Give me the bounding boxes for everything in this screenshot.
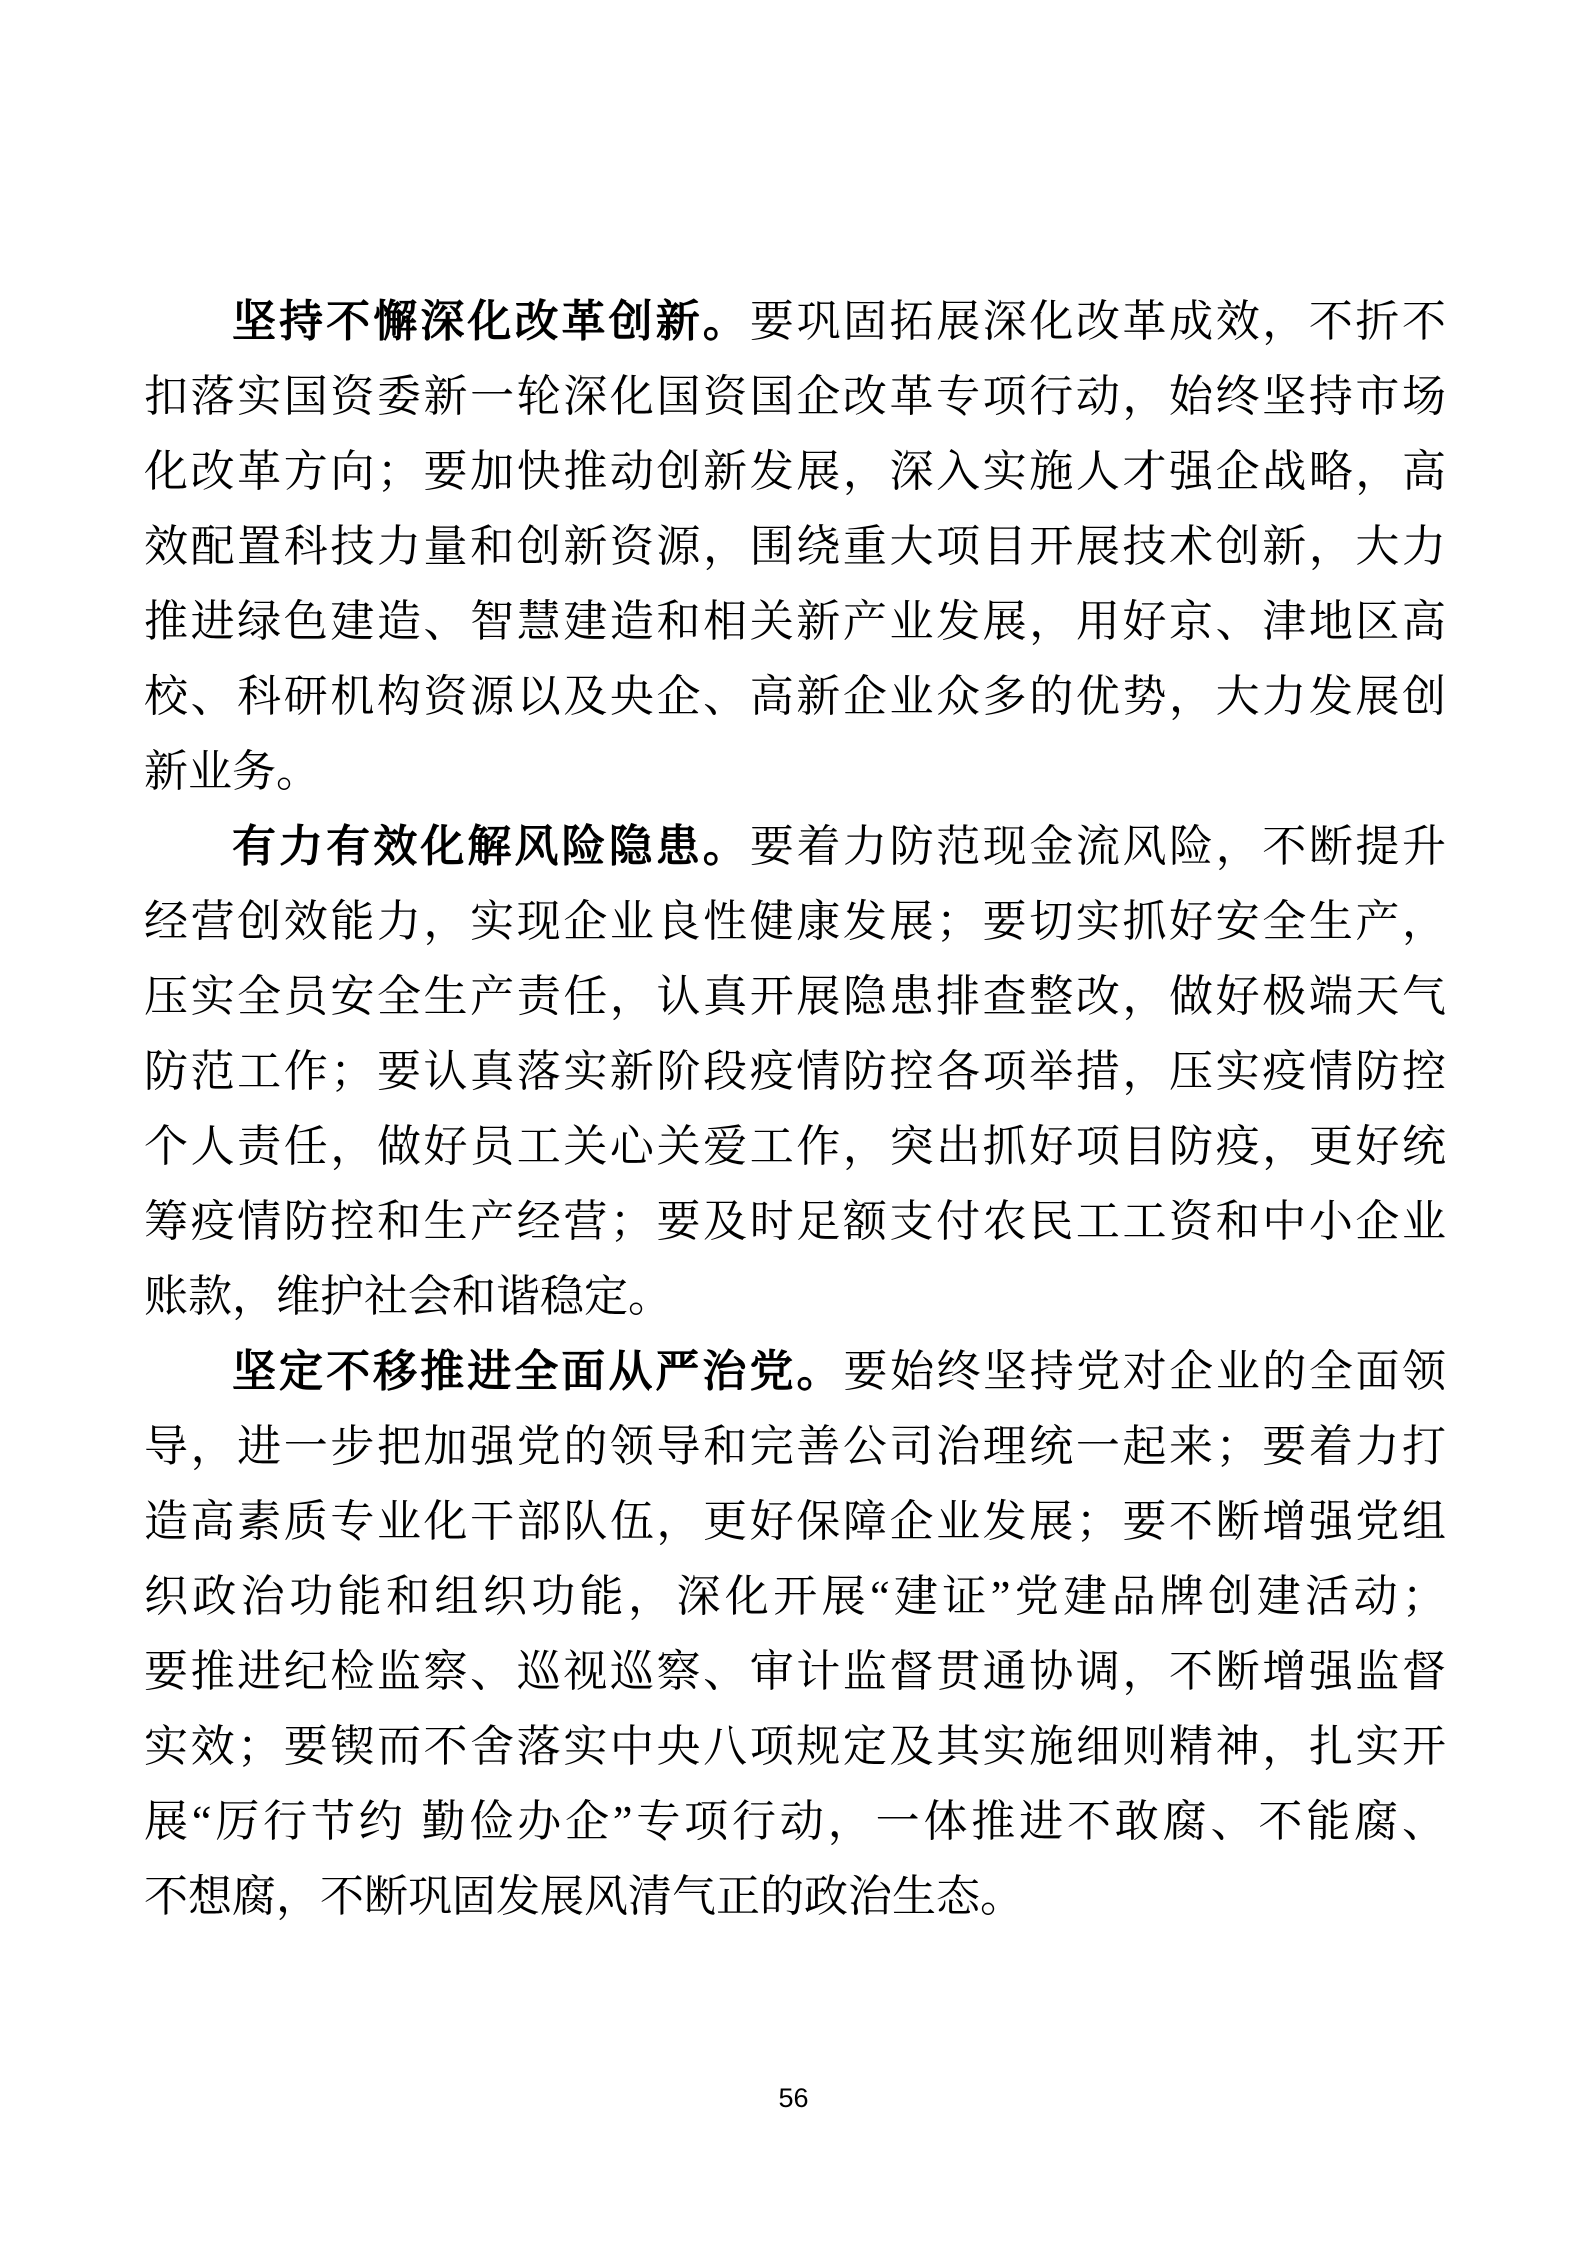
- text-line: 化改革方向；要加快推动创新发展，深入实施人才强企战略，高: [144, 434, 1446, 509]
- paragraph-lead-bold: 坚定不移推进全面从严治党。: [232, 1347, 844, 1396]
- text-line: 推进绿色建造、智慧建造和相关新产业发展，用好京、津地区高: [144, 584, 1446, 659]
- text-line: 筹疫情防控和生产经营；要及时足额支付农民工工资和中小企业: [144, 1184, 1446, 1259]
- line-text: 扣落实国资委新一轮深化国资国企改革专项行动，始终坚持市场: [144, 372, 1446, 421]
- text-line: 坚定不移推进全面从严治党。要始终坚持党对企业的全面领: [144, 1334, 1446, 1409]
- line-text: 效配置科技力量和创新资源，围绕重大项目开展技术创新，大力: [144, 522, 1446, 571]
- line-text: 个人责任，做好员工关心关爱工作，突出抓好项目防疫，更好统: [144, 1122, 1446, 1171]
- line-text: 防范工作；要认真落实新阶段疫情防控各项举措，压实疫情防控: [144, 1047, 1446, 1096]
- line-text: 新业务。: [144, 747, 320, 796]
- text-line: 个人责任，做好员工关心关爱工作，突出抓好项目防疫，更好统: [144, 1109, 1446, 1184]
- text-line: 新业务。: [144, 734, 1446, 809]
- text-line: 不想腐，不断巩固发展风清气正的政治生态。: [144, 1859, 1446, 1934]
- line-text: 要推进纪检监察、巡视巡察、审计监督贯通协调，不断增强监督: [144, 1647, 1446, 1696]
- line-text: 导，进一步把加强党的领导和完善公司治理统一起来；要着力打: [144, 1422, 1446, 1471]
- text-line: 扣落实国资委新一轮深化国资国企改革专项行动，始终坚持市场: [144, 359, 1446, 434]
- text-line: 账款，维护社会和谐稳定。: [144, 1259, 1446, 1334]
- line-text: 要始终坚持党对企业的全面领: [844, 1347, 1446, 1396]
- paragraph-lead-bold: 有力有效化解风险隐患。: [232, 822, 750, 871]
- text-line: 展“厉行节约 勤俭办企”专项行动，一体推进不敢腐、不能腐、: [144, 1784, 1446, 1859]
- text-line: 造高素质专业化干部队伍，更好保障企业发展；要不断增强党组: [144, 1484, 1446, 1559]
- line-text: 展“厉行节约 勤俭办企”专项行动，一体推进不敢腐、不能腐、: [144, 1797, 1446, 1846]
- text-line: 导，进一步把加强党的领导和完善公司治理统一起来；要着力打: [144, 1409, 1446, 1484]
- line-text: 经营创效能力，实现企业良性健康发展；要切实抓好安全生产，: [144, 897, 1446, 946]
- text-line: 防范工作；要认真落实新阶段疫情防控各项举措，压实疫情防控: [144, 1034, 1446, 1109]
- line-text: 实效；要锲而不舍落实中央八项规定及其实施细则精神，扎实开: [144, 1722, 1446, 1771]
- text-line: 经营创效能力，实现企业良性健康发展；要切实抓好安全生产，: [144, 884, 1446, 959]
- line-text: 校、科研机构资源以及央企、高新企业众多的优势，大力发展创: [144, 672, 1446, 721]
- line-text: 筹疫情防控和生产经营；要及时足额支付农民工工资和中小企业: [144, 1197, 1446, 1246]
- line-text: 造高素质专业化干部队伍，更好保障企业发展；要不断增强党组: [144, 1497, 1446, 1546]
- line-text: 压实全员安全生产责任，认真开展隐患排查整改，做好极端天气: [144, 972, 1446, 1021]
- page-number: 56: [0, 2082, 1587, 2114]
- line-text: 化改革方向；要加快推动创新发展，深入实施人才强企战略，高: [144, 447, 1446, 496]
- text-line: 校、科研机构资源以及央企、高新企业众多的优势，大力发展创: [144, 659, 1446, 734]
- line-text: 要巩固拓展深化改革成效，不折不: [750, 297, 1446, 346]
- document-body: 坚持不懈深化改革创新。要巩固拓展深化改革成效，不折不扣落实国资委新一轮深化国资国…: [144, 284, 1446, 1934]
- text-line: 要推进纪检监察、巡视巡察、审计监督贯通协调，不断增强监督: [144, 1634, 1446, 1709]
- line-text: 推进绿色建造、智慧建造和相关新产业发展，用好京、津地区高: [144, 597, 1446, 646]
- text-line: 效配置科技力量和创新资源，围绕重大项目开展技术创新，大力: [144, 509, 1446, 584]
- text-line: 有力有效化解风险隐患。要着力防范现金流风险，不断提升: [144, 809, 1446, 884]
- text-line: 实效；要锲而不舍落实中央八项规定及其实施细则精神，扎实开: [144, 1709, 1446, 1784]
- text-line: 织政治功能和组织功能，深化开展“建证”党建品牌创建活动；: [144, 1559, 1446, 1634]
- document-page: 坚持不懈深化改革创新。要巩固拓展深化改革成效，不折不扣落实国资委新一轮深化国资国…: [0, 0, 1587, 2245]
- line-text: 织政治功能和组织功能，深化开展“建证”党建品牌创建活动；: [144, 1572, 1446, 1621]
- line-text: 不想腐，不断巩固发展风清气正的政治生态。: [144, 1872, 1024, 1921]
- paragraph-lead-bold: 坚持不懈深化改革创新。: [232, 297, 750, 346]
- text-line: 压实全员安全生产责任，认真开展隐患排查整改，做好极端天气: [144, 959, 1446, 1034]
- text-line: 坚持不懈深化改革创新。要巩固拓展深化改革成效，不折不: [144, 284, 1446, 359]
- line-text: 账款，维护社会和谐稳定。: [144, 1272, 672, 1321]
- line-text: 要着力防范现金流风险，不断提升: [750, 822, 1446, 871]
